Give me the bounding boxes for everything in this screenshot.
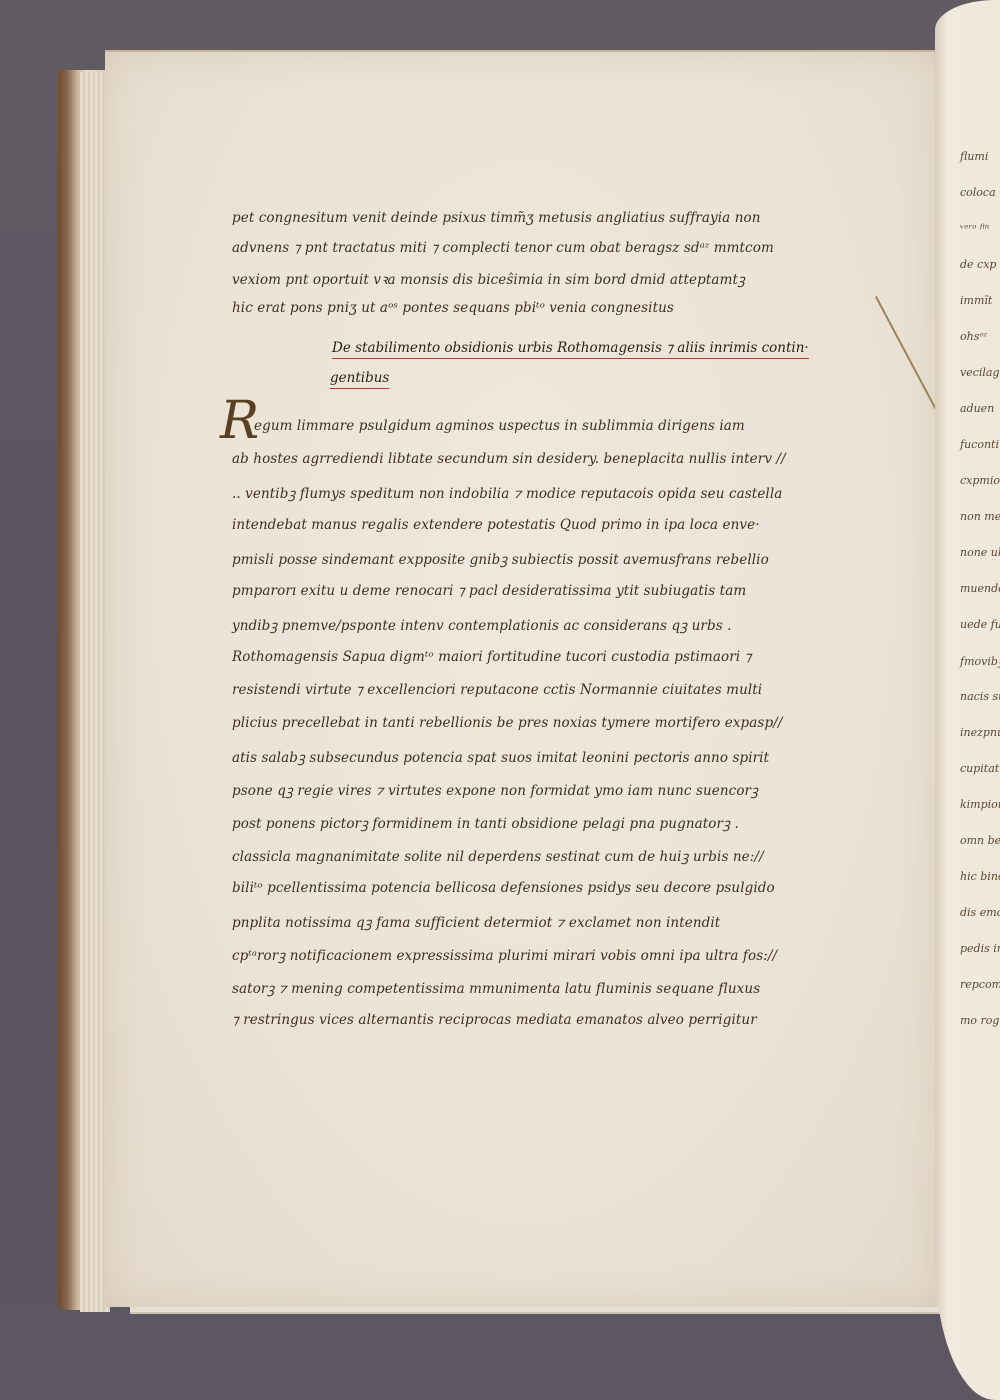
text-line: classicla magnanimitate solite nil deper… [232, 847, 764, 865]
text-line: ⁊ restringus vices alternantis reciproca… [232, 1012, 757, 1028]
facing-page-text-fragment: cxpmio [960, 474, 1000, 487]
text-line: pmparorı exitu u deme renocari ⁊ pacl de… [232, 583, 746, 599]
facing-page-text-fragment: none uhe [960, 546, 1000, 559]
text-line: advnens ⁊ pnt tractatus miti ⁊ complecti… [232, 240, 774, 256]
facing-page-text-fragment: dis emcop [960, 906, 1000, 919]
facing-page: flumicolocaᵛᵉʳᵒ ᶠⁱⁿde cxpimmītohsᵒᶻvecil… [935, 0, 1000, 1400]
facing-page-text-fragment: inezpnu [960, 726, 1000, 739]
facing-page-text-fragment: coloca [960, 186, 996, 199]
text-line: post ponens pictorꝫ formidinem in tanti … [232, 814, 739, 832]
text-line: resistendi virtute ⁊ excellenciori reput… [232, 682, 762, 698]
facing-page-text-fragment: hic binca [960, 870, 1000, 883]
text-line: vexiom pnt oportuit vꝛa monsis dis biceŝ… [232, 270, 745, 288]
text-line: hic erat pons pniӡ ut aᵒˢ pontes sequans… [232, 300, 674, 316]
facing-page-text-fragment: vecilagn [960, 366, 1000, 379]
facing-page-text-fragment: pedis int [960, 942, 1000, 955]
facing-page-text-fragment: aduen [960, 402, 994, 415]
facing-page-text-fragment: fuconti [960, 438, 999, 451]
facing-page-text-fragment: immīt [960, 294, 992, 307]
facing-page-text-fragment: uede fu [960, 618, 1000, 631]
text-line: pnplita notissima qꝫ fama sufficient det… [232, 913, 720, 931]
text-line: intendebat manus regalis extendere potes… [232, 517, 760, 533]
text-line: egum limmare psulgidum agminos uspectus … [254, 418, 745, 434]
facing-page-text-fragment: muendo [960, 582, 1000, 595]
facing-page-text-fragment: cupitat [960, 762, 999, 775]
text-line: Rothomagensis Sapua digmᵗᵒ maiori fortit… [232, 649, 751, 665]
facing-page-text-fragment: mo rogn [960, 1014, 1000, 1027]
facing-page-text-fragment: de cxp [960, 258, 996, 271]
rubric-heading-line-1: De stabilimento obsidionis urbis Rothoma… [332, 340, 809, 359]
manuscript-page [105, 50, 943, 1307]
text-line: atis salabꝫ subsecundus potencia spat su… [232, 748, 769, 766]
text-line: psone qꝫ regie vires ⁊ virtutes expone n… [232, 781, 758, 799]
text-line: yndibꝫ pnemve/psponte intenv contemplati… [232, 616, 732, 634]
facing-page-text-fragment: flumi [960, 150, 988, 163]
rubric-heading-line-2: gentibus [330, 370, 389, 389]
facing-page-text-fragment: nacis suff [960, 690, 1000, 703]
facing-page-text-fragment: ᵛᵉʳᵒ ᶠⁱⁿ [960, 222, 989, 235]
facing-page-text-fragment: fmovibꝫ [960, 654, 1000, 669]
text-line: biliᵗᵒ pcellentissima potencia bellicosa… [232, 880, 775, 896]
facing-page-text-fragment: non mez [960, 510, 1000, 523]
text-line: cpᵗᵃrorꝫ notificacionem expressissima pl… [232, 946, 777, 964]
text-line: .. ventibꝫ flumys speditum non indobilia… [232, 484, 782, 502]
facing-page-text-fragment: repcomt [960, 978, 1000, 991]
facing-page-text-fragment: kimpion d [960, 798, 1000, 811]
facing-page-text-fragment: ohsᵒᶻ [960, 330, 987, 343]
text-line: plicius precellebat in tanti rebellionis… [232, 715, 783, 731]
text-line: pet congnesitum venit deinde psixus timm… [232, 210, 761, 226]
text-line: pmisli posse sindemant expposite gnibꝫ s… [232, 550, 769, 568]
facing-page-text-fragment: omn bend [960, 834, 1000, 847]
text-line: satorꝫ ⁊ mening competentissima mmunimen… [232, 979, 760, 997]
text-line: ab hostes agrrediendi libtate secundum s… [232, 451, 786, 467]
